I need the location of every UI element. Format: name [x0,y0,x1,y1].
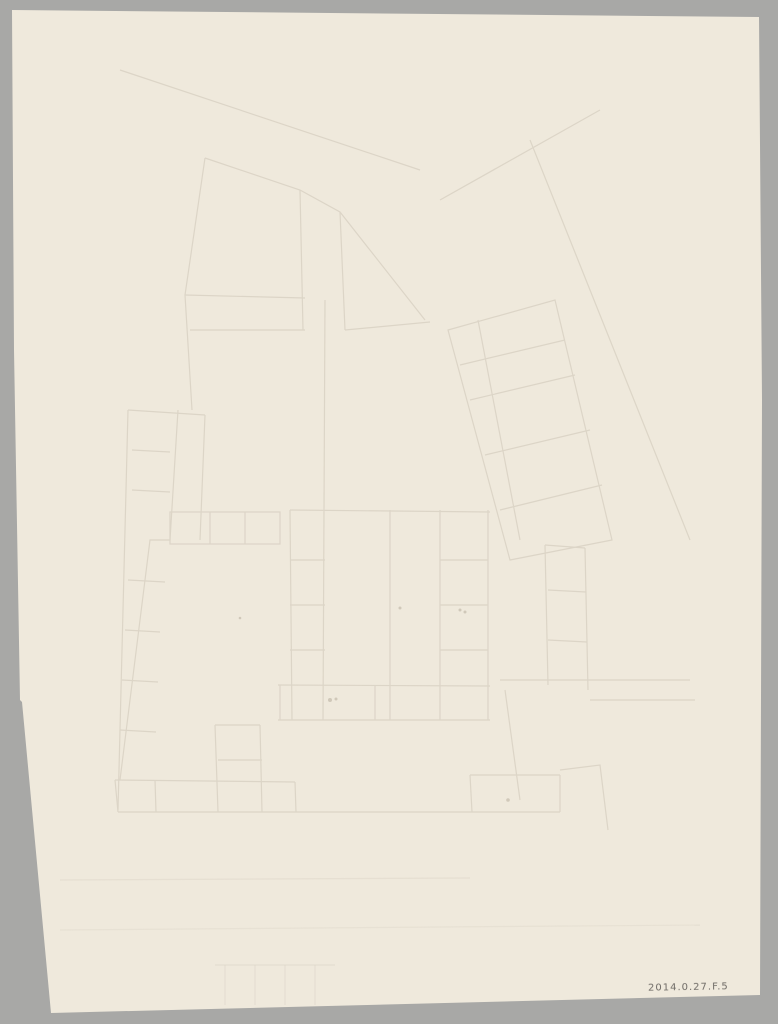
accession-number: 2014.0.27.F.5 [648,981,729,993]
paper-sheet [0,0,778,1024]
scan-stage: 2014.0.27.F.5 [0,0,778,1024]
